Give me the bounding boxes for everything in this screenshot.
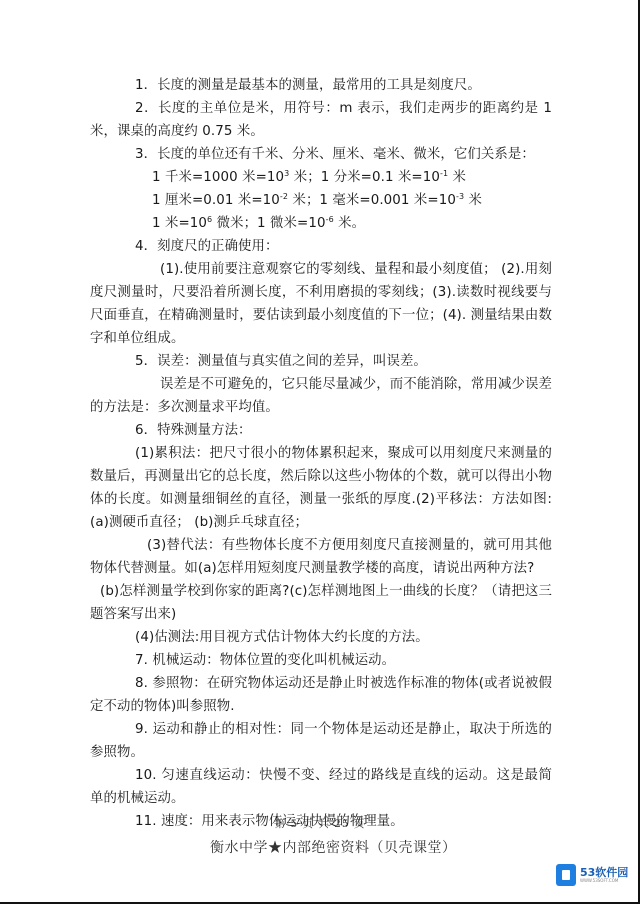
unit-equation-3: 1 米=106 微米；1 微米=10-6 米。 bbox=[90, 212, 552, 235]
document-page: 1．长度的测量是最基本的测量，最常用的工具是刻度尺。 2．长度的主单位是米，用符… bbox=[0, 0, 640, 904]
watermark-name: 53软件园 bbox=[580, 867, 628, 878]
paragraph-1: 1．长度的测量是最基本的测量，最常用的工具是刻度尺。 bbox=[90, 74, 552, 97]
watermark-logo: 53软件园 WWW.53SOFT.COM bbox=[556, 864, 628, 886]
page-indicator: 第 5 页 共 25 页 bbox=[0, 816, 640, 831]
cube-icon bbox=[556, 864, 576, 886]
paragraph-10: 10. 匀速直线运动：快慢不变、经过的路线是直线的运动。这是最简单的机械运动。 bbox=[90, 764, 552, 810]
paragraph-4-body: (1).使用前要注意观察它的零刻线、量程和最小刻度值； (2).用刻度尺测量时，… bbox=[90, 258, 552, 350]
paragraph-9: 9. 运动和静止的相对性：同一个物体是运动还是静止，取决于所选的参照物。 bbox=[90, 718, 552, 764]
unit-equation-1: 1 千米=1000 米=103 米；1 分米=0.1 米=10-1 米 bbox=[90, 166, 552, 189]
paragraph-5-heading: 5．误差：测量值与真实值之间的差异，叫误差。 bbox=[90, 350, 552, 373]
paragraph-4-heading: 4．刻度尺的正确使用： bbox=[90, 235, 552, 258]
paragraph-6-heading: 6．特殊测量方法： bbox=[90, 419, 552, 442]
paragraph-7: 7. 机械运动：物体位置的变化叫机械运动。 bbox=[90, 649, 552, 672]
paragraph-2: 2．长度的主单位是米，用符号：m 表示，我们走两步的距离约是 1 米，课桌的高度… bbox=[90, 97, 552, 143]
watermark-url: WWW.53SOFT.COM bbox=[580, 879, 628, 883]
unit-equation-2: 1 厘米=0.01 米=10-2 米；1 毫米=0.001 米=10-3 米 bbox=[90, 189, 552, 212]
paragraph-6-method-4: (4)估测法:用目视方式估计物体大约长度的方法。 bbox=[90, 626, 552, 649]
paragraph-5-body: 误差是不可避免的，它只能尽量减少，而不能消除，常用减少误差的方法是：多次测量求平… bbox=[90, 373, 552, 419]
paragraph-3: 3．长度的单位还有千米、分米、厘米、毫米、微米，它们关系是： bbox=[90, 143, 552, 166]
paragraph-6-method-3: (3)替代法：有些物体长度不方便用刻度尺直接测量的，就可用其他物体代替测量。如(… bbox=[90, 534, 552, 580]
footer-title: 衡水中学★内部绝密资料（贝壳课堂） bbox=[210, 837, 457, 857]
paragraph-8: 8. 参照物：在研究物体运动还是静止时被选作标准的物体(或者说被假定不动的物体)… bbox=[90, 672, 552, 718]
paragraph-6-method-1-2: (1)累积法：把尺寸很小的物体累积起来，聚成可以用刻度尺来测量的数量后，再测量出… bbox=[90, 442, 552, 534]
document-body: 1．长度的测量是最基本的测量，最常用的工具是刻度尺。 2．长度的主单位是米，用符… bbox=[90, 74, 552, 833]
paragraph-6-method-3-questions: (b)怎样测量学校到你家的距离?(c)怎样测地图上一曲线的长度？（请把这三题答案… bbox=[90, 580, 552, 626]
